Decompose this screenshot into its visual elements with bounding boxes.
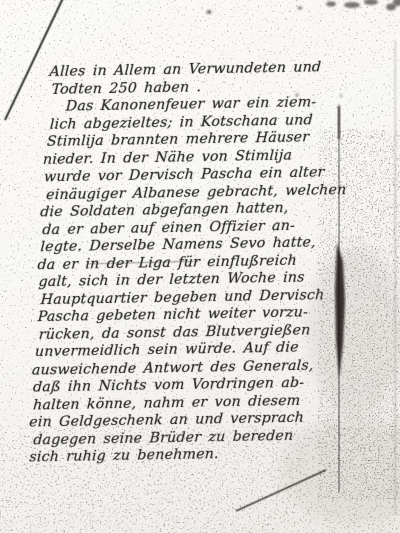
page-edge-streak	[394, 40, 397, 515]
scanned-manuscript-page: Alles in Allem an Verwundeten undTodten …	[0, 0, 400, 533]
flourish-line-bottom	[236, 470, 326, 511]
manuscript-text: Alles in Allem an Verwundeten undTodten …	[29, 59, 352, 467]
